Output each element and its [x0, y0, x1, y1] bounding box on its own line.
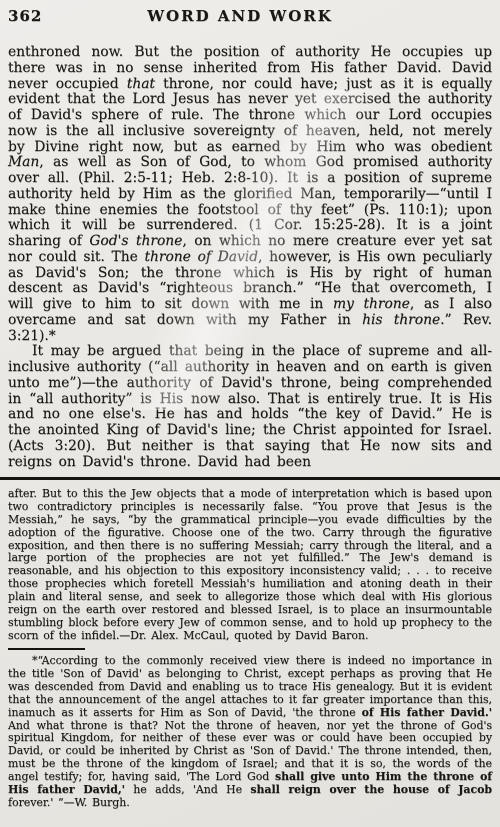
italic-run: God's throne	[89, 233, 182, 249]
text-run: he adds, 'And He	[125, 783, 250, 796]
footnote-divider-rule	[8, 648, 85, 650]
italic-run: his throne	[362, 312, 440, 328]
bold-run: shall reign over the house of Jacob	[250, 783, 492, 796]
italic-run: my throne	[333, 296, 410, 312]
page-header: 362 WORD AND WORK	[8, 7, 492, 24]
magazine-page: 362 WORD AND WORK enthroned now. But the…	[0, 0, 500, 827]
text-run: forever.' ”—W. Burgh.	[8, 796, 130, 809]
text-run: It may be argued that being in the place…	[8, 343, 492, 469]
italic-run: Man	[8, 154, 39, 170]
footnote: *“According to the commonly received vie…	[8, 655, 492, 809]
main-article-text: enthroned now. But the position of autho…	[8, 45, 492, 470]
paragraph: after. But to this the Jew objects that …	[8, 488, 492, 642]
italic-run: that	[127, 76, 155, 92]
paragraph: *“According to the commonly received vie…	[8, 655, 492, 809]
bold-run: of His father David.'	[362, 706, 492, 719]
italic-run: throne of David	[144, 249, 258, 265]
page-title: WORD AND WORK	[0, 7, 482, 25]
section-divider-rule	[0, 477, 500, 480]
paragraph: It may be argued that being in the place…	[8, 344, 492, 470]
quoted-extract: after. But to this the Jew objects that …	[8, 488, 492, 642]
paragraph: enthroned now. But the position of autho…	[8, 45, 492, 344]
text-run: after. But to this the Jew objects that …	[8, 487, 492, 641]
